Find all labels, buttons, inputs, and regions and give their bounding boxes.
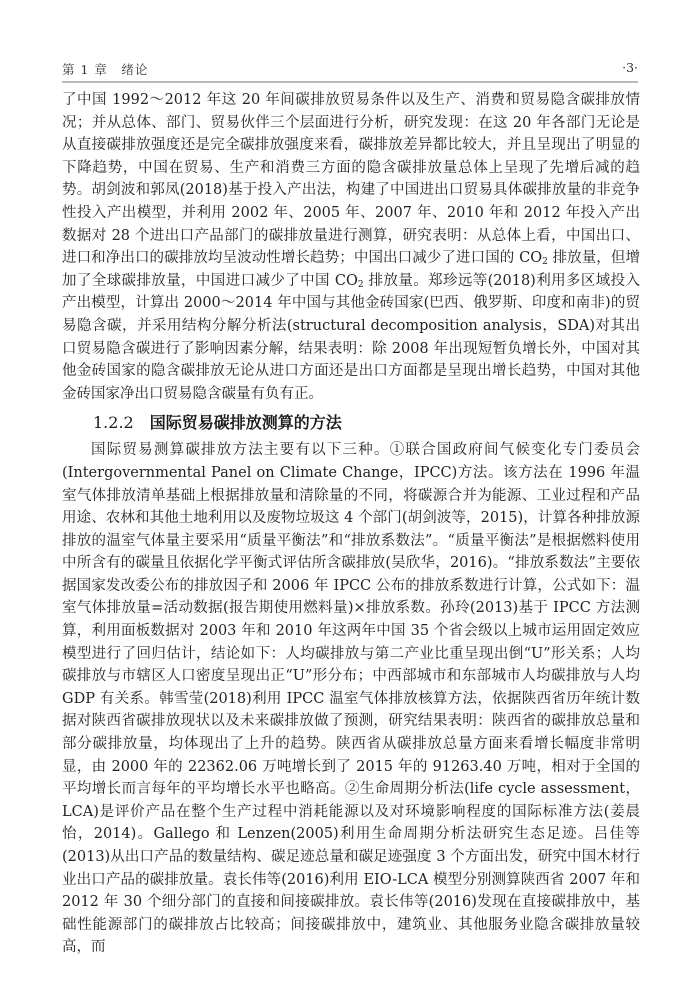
section-heading: 1.2.2国际贸易碳排放测算的方法 bbox=[93, 411, 640, 435]
chapter-title: 第 1 章 绪论 bbox=[62, 60, 148, 78]
section-title: 国际贸易碳排放测算的方法 bbox=[150, 413, 342, 432]
page-number: ·3· bbox=[622, 60, 638, 75]
paragraph-text: 了中国 1992～2012 年这 20 年间碳排放贸易条件以及生产、消费和贸易隐… bbox=[62, 92, 640, 266]
paragraph-text: 排放量。郑珍远等(2018)利用多区域投入产出模型，计算出 2000～2014 … bbox=[62, 273, 640, 402]
paragraph: 国际贸易测算碳排放方法主要有以下三种。①联合国政府间气候变化专门委员会(Inte… bbox=[62, 439, 640, 959]
section-number: 1.2.2 bbox=[93, 413, 134, 432]
page-body: 了中国 1992～2012 年这 20 年间碳排放贸易条件以及生产、消费和贸易隐… bbox=[62, 89, 640, 959]
header-rule bbox=[62, 81, 638, 83]
running-header: 第 1 章 绪论 ·3· bbox=[62, 58, 468, 80]
paragraph-continued: 了中国 1992～2012 年这 20 年间碳排放贸易条件以及生产、消费和贸易隐… bbox=[62, 89, 640, 405]
